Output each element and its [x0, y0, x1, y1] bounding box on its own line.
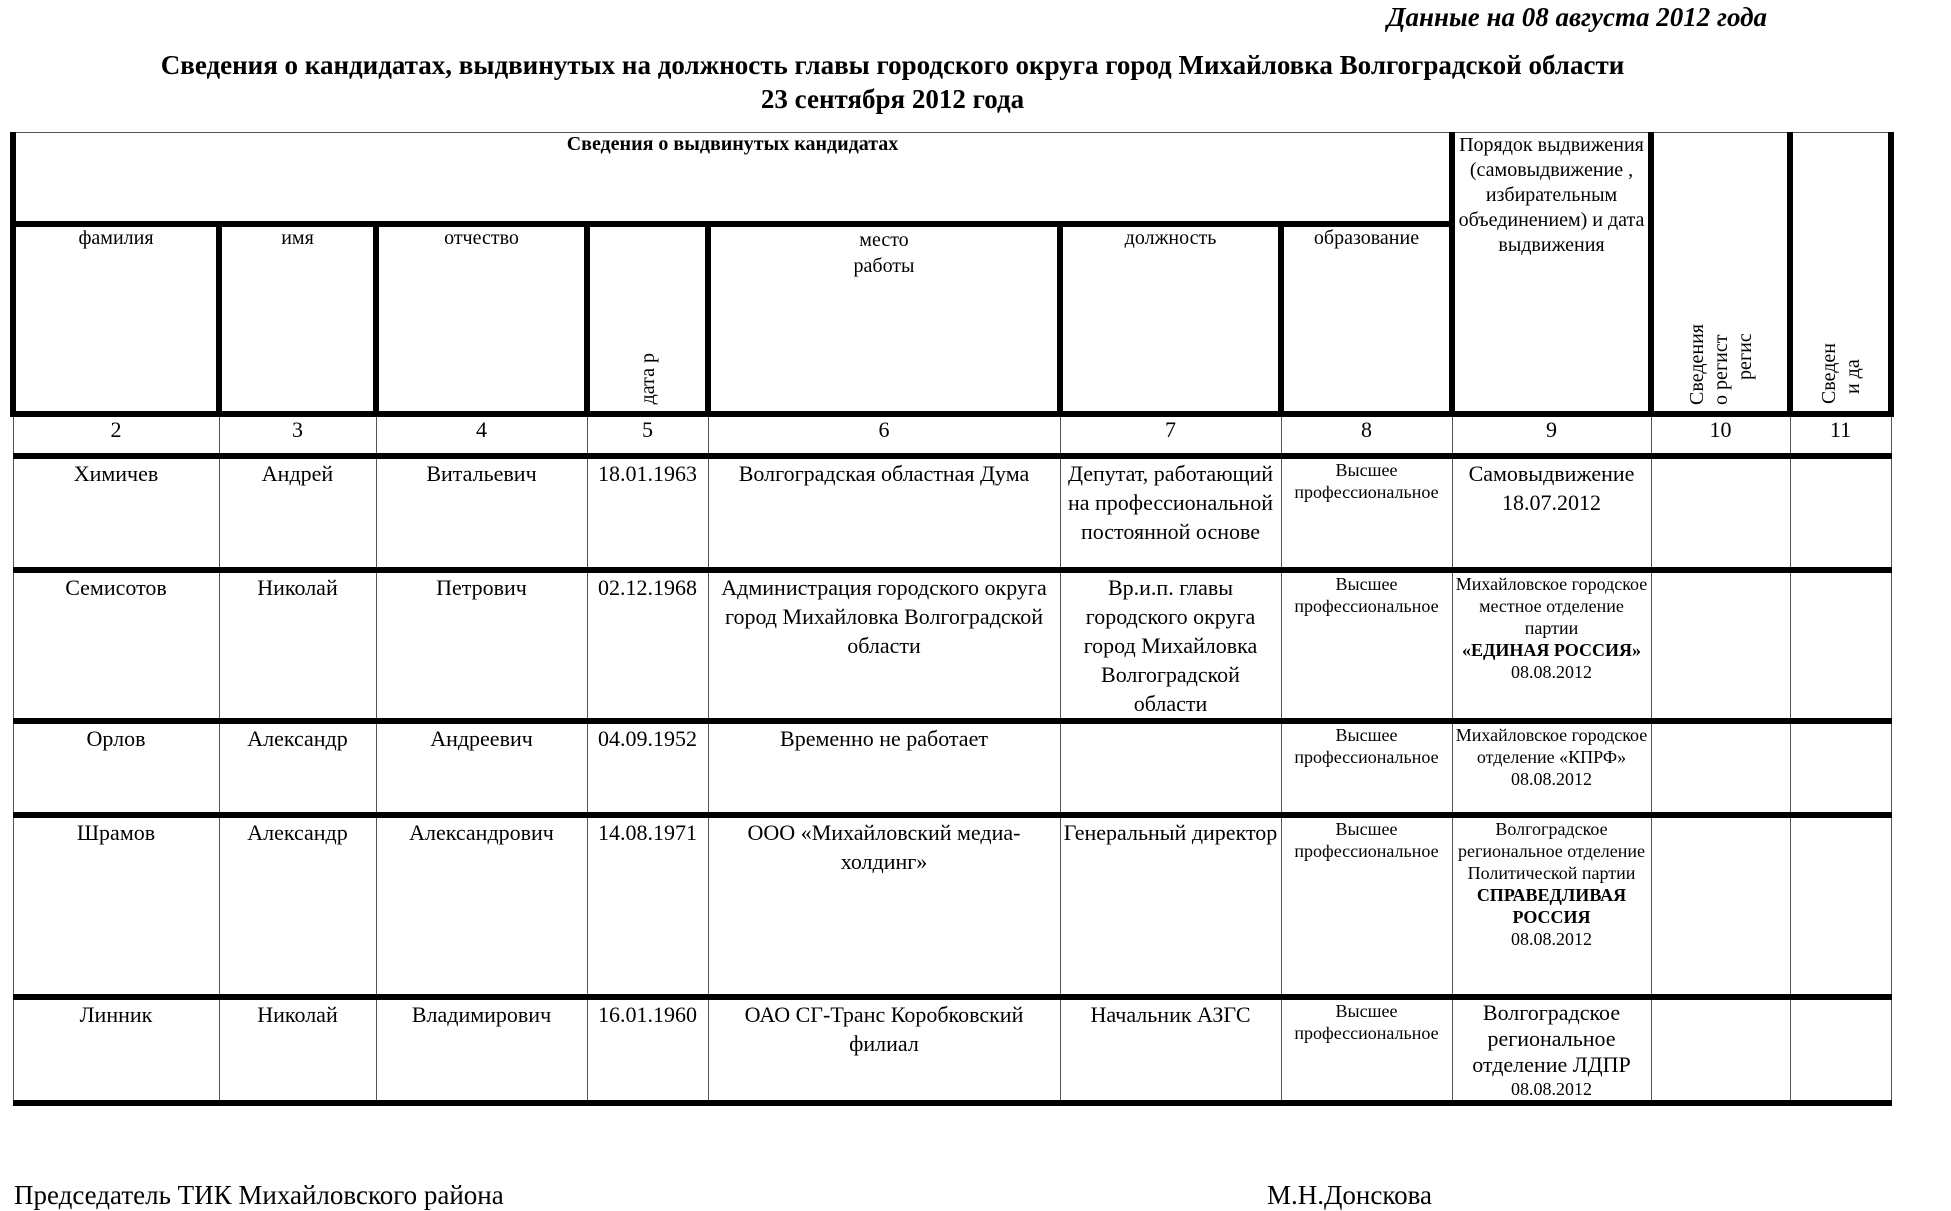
education-cell: Высшее профессиональное: [1281, 997, 1452, 1103]
surname-cell: Линник: [13, 997, 219, 1103]
candidate-row: ХимичевАндрейВитальевич18.01.1963Волгогр…: [13, 456, 1891, 570]
birth-date-cell: 16.01.1960: [587, 997, 708, 1103]
surname-cell: Орлов: [13, 721, 219, 815]
surname-cell: Семисотов: [13, 570, 219, 721]
column-number: 7: [1060, 414, 1281, 456]
candidate-row: ОрловАлександрАндреевич04.09.1952Временн…: [13, 721, 1891, 815]
position-cell: Депутат, работающий на профессиональной …: [1060, 456, 1281, 570]
name-cell: Александр: [219, 721, 376, 815]
column-number: 8: [1281, 414, 1452, 456]
nomination-date: 08.08.2012: [1456, 661, 1648, 683]
nomination-text: Самовыдвижение: [1456, 459, 1648, 488]
nomination-text: Михайловское городское отделение «КПРФ»: [1456, 724, 1648, 768]
birth-date-cell: 04.09.1952: [587, 721, 708, 815]
birth-date-cell: 18.01.1963: [587, 456, 708, 570]
birth-date-cell: 14.08.1971: [587, 815, 708, 997]
header-registration: Сведения о регист регис: [1651, 133, 1790, 414]
patronymic-cell: Витальевич: [376, 456, 587, 570]
workplace-cell: Администрация городского округа город Ми…: [708, 570, 1060, 721]
nomination-text: Михайловское городское местное отделение…: [1456, 573, 1648, 639]
workplace-cell: Волгоградская областная Дума: [708, 456, 1060, 570]
registration-cell: [1651, 456, 1790, 570]
col11-cell: [1790, 456, 1891, 570]
name-cell: Николай: [219, 570, 376, 721]
registration-cell: [1651, 997, 1790, 1103]
column-number: 3: [219, 414, 376, 456]
header-position: должность: [1060, 224, 1281, 414]
registration-cell: [1651, 570, 1790, 721]
header-patronymic: отчество: [376, 224, 587, 414]
nomination-cell: Михайловское городское местное отделение…: [1452, 570, 1651, 721]
nomination-date: 08.08.2012: [1456, 1078, 1648, 1100]
header-nomination: Порядок выдвижения (самовыдвижение , изб…: [1452, 133, 1651, 414]
workplace-cell: ОАО СГ-Транс Коробковский филиал: [708, 997, 1060, 1103]
header-birth-date: дата р: [587, 224, 708, 414]
column-number: 10: [1651, 414, 1790, 456]
position-cell: Генеральный директор: [1060, 815, 1281, 997]
column-number: 2: [13, 414, 219, 456]
candidate-row: ЛинникНиколайВладимирович16.01.1960ОАО С…: [13, 997, 1891, 1103]
patronymic-cell: Владимирович: [376, 997, 587, 1103]
col11-cell: [1790, 997, 1891, 1103]
nomination-cell: Самовыдвижение18.07.2012: [1452, 456, 1651, 570]
nomination-text: Волгоградское региональное отделение ЛДП…: [1456, 1000, 1648, 1078]
workplace-cell: ООО «Михайловский медиа-холдинг»: [708, 815, 1060, 997]
nomination-cell: Волгоградское региональное отделение Пол…: [1452, 815, 1651, 997]
candidates-table: Сведения о выдвинутых кандидатах Порядок…: [10, 132, 1894, 1106]
surname-cell: Химичев: [13, 456, 219, 570]
header-col11: Сведен и да: [1790, 133, 1891, 414]
col11-cell: [1790, 570, 1891, 721]
chair-name: М.Н.Донскова: [1267, 1180, 1432, 1211]
document-title: Сведения о кандидатах, выдвинутых на дол…: [0, 48, 1785, 116]
column-number: 4: [376, 414, 587, 456]
patronymic-cell: Андреевич: [376, 721, 587, 815]
registration-cell: [1651, 815, 1790, 997]
surname-cell: Шрамов: [13, 815, 219, 997]
birth-date-cell: 02.12.1968: [587, 570, 708, 721]
header-education: образование: [1281, 224, 1452, 414]
col11-cell: [1790, 815, 1891, 997]
nomination-date: 08.08.2012: [1456, 928, 1648, 950]
col11-cell: [1790, 721, 1891, 815]
candidate-row: ШрамовАлександрАлександрович14.08.1971ОО…: [13, 815, 1891, 997]
title-line-1: Сведения о кандидатах, выдвинутых на дол…: [0, 48, 1785, 82]
column-number: 9: [1452, 414, 1651, 456]
registration-cell: [1651, 721, 1790, 815]
name-cell: Александр: [219, 815, 376, 997]
education-cell: Высшее профессиональное: [1281, 815, 1452, 997]
name-cell: Николай: [219, 997, 376, 1103]
position-cell: Начальник АЗГС: [1060, 997, 1281, 1103]
data-date-note: Данные на 08 августа 2012 года: [1387, 2, 1767, 33]
nomination-text: Волгоградское региональное отделение Пол…: [1456, 818, 1648, 884]
header-name: имя: [219, 224, 376, 414]
position-cell: [1060, 721, 1281, 815]
position-cell: Вр.и.п. главы городского округа город Ми…: [1060, 570, 1281, 721]
column-number: 5: [587, 414, 708, 456]
header-workplace: место работы: [708, 224, 1060, 414]
party-name: «ЕДИНАЯ РОССИЯ»: [1456, 639, 1648, 661]
column-number-row: 2 3 4 5 6 7 8 9 10 11: [13, 414, 1891, 456]
nomination-date: 08.08.2012: [1456, 768, 1648, 790]
patronymic-cell: Александрович: [376, 815, 587, 997]
nomination-cell: Волгоградское региональное отделение ЛДП…: [1452, 997, 1651, 1103]
header-candidates-group: Сведения о выдвинутых кандидатах: [13, 133, 1452, 224]
party-name: СПРАВЕДЛИВАЯ РОССИЯ: [1456, 884, 1648, 928]
title-line-2: 23 сентября 2012 года: [0, 82, 1785, 116]
column-number: 6: [708, 414, 1060, 456]
patronymic-cell: Петрович: [376, 570, 587, 721]
name-cell: Андрей: [219, 456, 376, 570]
nomination-date: 18.07.2012: [1456, 488, 1648, 517]
nomination-cell: Михайловское городское отделение «КПРФ»0…: [1452, 721, 1651, 815]
chair-label: Председатель ТИК Михайловского района: [14, 1180, 504, 1211]
candidate-row: СемисотовНиколайПетрович02.12.1968Админи…: [13, 570, 1891, 721]
header-surname: фамилия: [13, 224, 219, 414]
education-cell: Высшее профессиональное: [1281, 456, 1452, 570]
education-cell: Высшее профессиональное: [1281, 570, 1452, 721]
workplace-cell: Временно не работает: [708, 721, 1060, 815]
education-cell: Высшее профессиональное: [1281, 721, 1452, 815]
column-number: 11: [1790, 414, 1891, 456]
